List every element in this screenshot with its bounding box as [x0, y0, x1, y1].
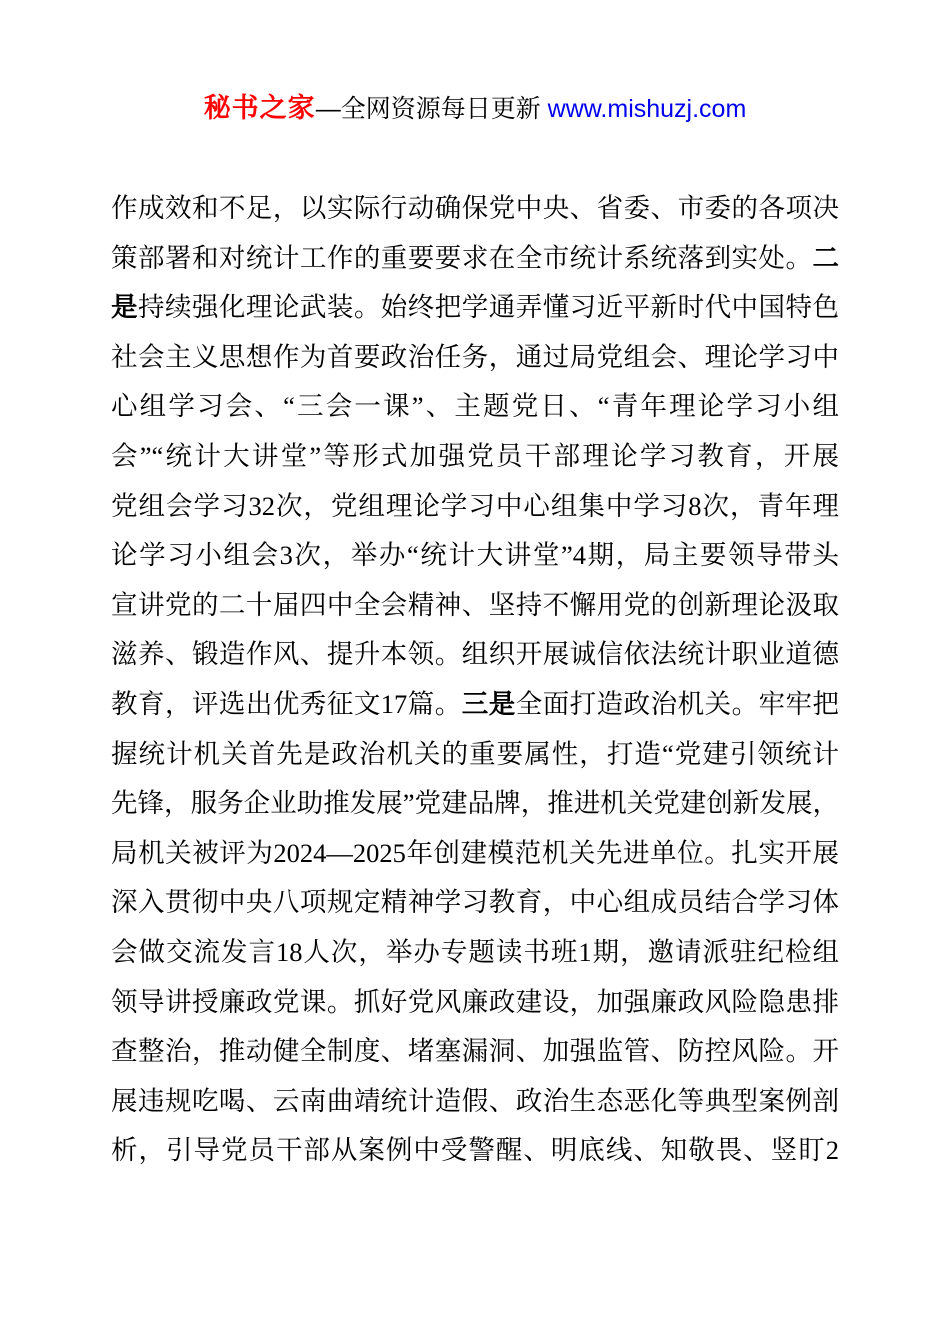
text-run: 论学习小组会3次，举办“统计大讲堂”4期，局主要领导带头	[111, 540, 839, 570]
text-run: 全面打造政治机关。牢牢把	[516, 689, 839, 719]
text-run: 宣讲党的二十届四中全会精神、坚持不懈用党的创新理论汲取	[111, 590, 839, 620]
header-banner: 秘书之家—全网资源每日更新 www.mishuzj.com	[0, 86, 950, 125]
text-line: 党组会学习32次，党组理论学习中心组集中学习8次，青年理	[111, 482, 839, 532]
text-run: 会”“统计大讲堂”等形式加强党员干部理论学习教育，开展	[111, 441, 839, 471]
text-run: 展违规吃喝、云南曲靖统计造假、政治生态恶化等典型案例剖	[111, 1086, 839, 1116]
text-run: 社会主义思想作为首要政治任务，通过局党组会、理论学习中	[111, 342, 839, 372]
text-line: 先锋，服务企业助推发展”党建品牌，推进机关党建创新发展，	[111, 779, 839, 829]
text-run: 滋养、锻造作风、提升本领。组织开展诚信依法统计职业道德	[111, 639, 839, 669]
document-body: 作成效和不足，以实际行动确保党中央、省委、市委的各项决策部署和对统计工作的重要要…	[111, 184, 839, 1176]
text-line: 教育，评选出优秀征文17篇。三是全面打造政治机关。牢牢把	[111, 680, 839, 730]
bold-text-run: 二	[813, 243, 840, 273]
text-run: 局机关被评为2024—2025年创建模范机关先进单位。扎实开展	[111, 838, 839, 868]
site-url-link[interactable]: www.mishuzj.com	[548, 95, 747, 123]
text-run: 领导讲授廉政党课。抓好党风廉政建设，加强廉政风险隐患排	[111, 987, 839, 1017]
text-line: 会做交流发言18人次，举办专题读书班1期，邀请派驻纪检组	[111, 928, 839, 978]
text-line: 查整治，推动健全制度、堵塞漏洞、加强监管、防控风险。开	[111, 1027, 839, 1077]
document-page: 秘书之家—全网资源每日更新 www.mishuzj.com 作成效和不足，以实际…	[0, 0, 950, 1344]
text-line: 会”“统计大讲堂”等形式加强党员干部理论学习教育，开展	[111, 432, 839, 482]
text-run: 心组学习会、“三会一课”、主题党日、“青年理论学习小组	[111, 391, 839, 421]
text-run: 策部署和对统计工作的重要要求在全市统计系统落到实处。	[111, 243, 813, 273]
text-line: 策部署和对统计工作的重要要求在全市统计系统落到实处。二	[111, 234, 839, 284]
text-run: 会做交流发言18人次，举办专题读书班1期，邀请派驻纪检组	[111, 937, 839, 967]
text-run: 先锋，服务企业助推发展”党建品牌，推进机关党建创新发展，	[111, 788, 839, 818]
text-line: 领导讲授廉政党课。抓好党风廉政建设，加强廉政风险隐患排	[111, 978, 839, 1028]
site-name: 秘书之家	[204, 93, 316, 123]
text-run: 作成效和不足，以实际行动确保党中央、省委、市委的各项决	[111, 193, 839, 223]
text-line: 析，引导党员干部从案例中受警醒、明底线、知敬畏、竖盯2	[111, 1126, 839, 1176]
text-line: 滋养、锻造作风、提升本领。组织开展诚信依法统计职业道德	[111, 630, 839, 680]
text-run: 教育，评选出优秀征文17篇。	[111, 689, 462, 719]
text-line: 展违规吃喝、云南曲靖统计造假、政治生态恶化等典型案例剖	[111, 1077, 839, 1127]
text-run: 党组会学习32次，党组理论学习中心组集中学习8次，青年理	[111, 491, 839, 521]
text-line: 社会主义思想作为首要政治任务，通过局党组会、理论学习中	[111, 333, 839, 383]
text-line: 握统计机关首先是政治机关的重要属性，打造“党建引领统计	[111, 730, 839, 780]
text-line: 作成效和不足，以实际行动确保党中央、省委、市委的各项决	[111, 184, 839, 234]
text-run: 查整治，推动健全制度、堵塞漏洞、加强监管、防控风险。开	[111, 1036, 839, 1066]
text-run: 握统计机关首先是政治机关的重要属性，打造“党建引领统计	[111, 739, 839, 769]
text-run: 深入贯彻中央八项规定精神学习教育，中心组成员结合学习体	[111, 887, 839, 917]
text-run: 持续强化理论武装。始终把学通弄懂习近平新时代中国特色	[138, 292, 839, 322]
header-tagline: —全网资源每日更新	[316, 95, 548, 123]
text-line: 宣讲党的二十届四中全会精神、坚持不懈用党的创新理论汲取	[111, 581, 839, 631]
text-line: 心组学习会、“三会一课”、主题党日、“青年理论学习小组	[111, 382, 839, 432]
text-line: 深入贯彻中央八项规定精神学习教育，中心组成员结合学习体	[111, 878, 839, 928]
text-line: 是持续强化理论武装。始终把学通弄懂习近平新时代中国特色	[111, 283, 839, 333]
text-run: 析，引导党员干部从案例中受警醒、明底线、知敬畏、竖盯2	[111, 1135, 839, 1165]
text-line: 局机关被评为2024—2025年创建模范机关先进单位。扎实开展	[111, 829, 839, 879]
bold-text-run: 是	[111, 292, 138, 322]
text-line: 论学习小组会3次，举办“统计大讲堂”4期，局主要领导带头	[111, 531, 839, 581]
bold-text-run: 三是	[462, 689, 516, 719]
